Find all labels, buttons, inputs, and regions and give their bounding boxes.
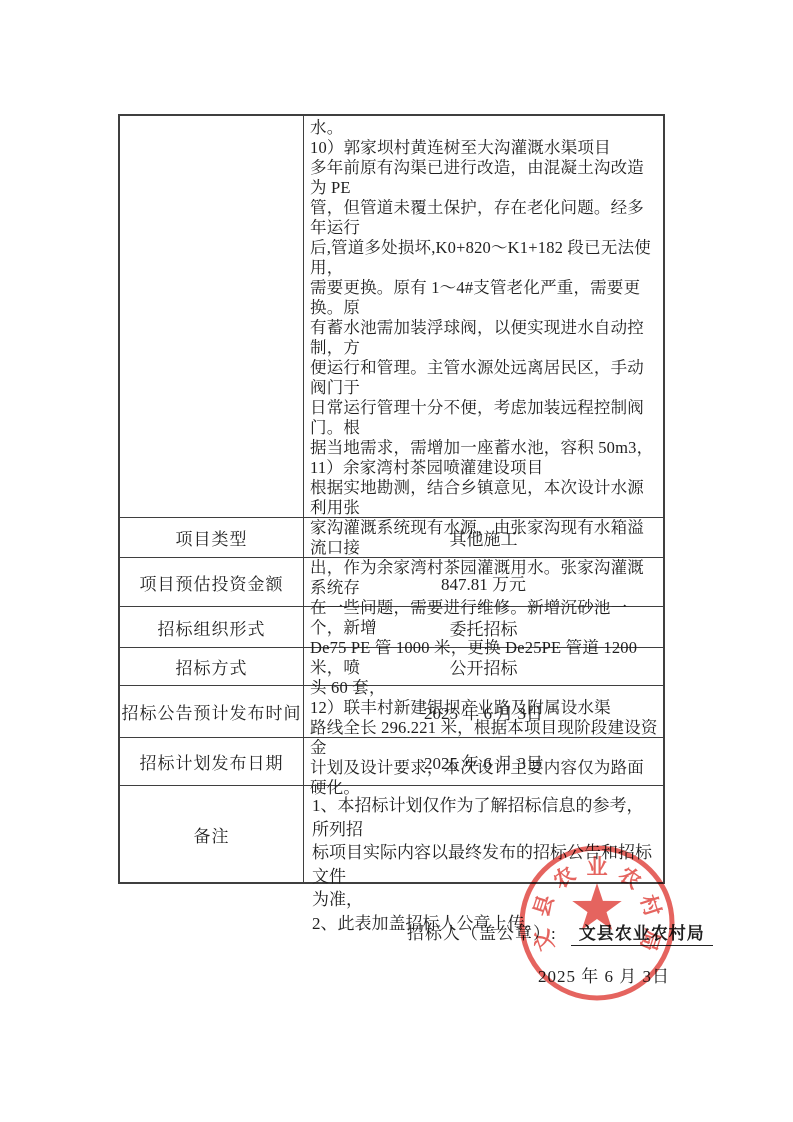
project-type-label: 项目类型 bbox=[120, 518, 304, 557]
project-description-text: 水。 10）郭家坝村黄连树至大沟灌溉水渠项目 多年前原有沟渠已进行改造，由混凝土… bbox=[304, 116, 663, 517]
remarks-label: 备注 bbox=[120, 786, 304, 882]
organization-form-value: 委托招标 bbox=[304, 607, 663, 647]
plan-publish-date-value: 2025 年 6 月 3日 bbox=[304, 738, 663, 785]
organization-form-label: 招标组织形式 bbox=[120, 607, 304, 647]
investment-label: 项目预估投资金额 bbox=[120, 558, 304, 606]
table-row-announcement-date: 招标公告预计发布时间 2025 年 6 月 3日 bbox=[120, 685, 663, 737]
tender-plan-table: 水。 10）郭家坝村黄连树至大沟灌溉水渠项目 多年前原有沟渠已进行改造，由混凝土… bbox=[118, 114, 665, 884]
table-row-description: 水。 10）郭家坝村黄连树至大沟灌溉水渠项目 多年前原有沟渠已进行改造，由混凝土… bbox=[120, 116, 663, 517]
project-type-value: 其他施工 bbox=[304, 518, 663, 557]
tender-method-label: 招标方式 bbox=[120, 648, 304, 685]
document-page: 水。 10）郭家坝村黄连树至大沟灌溉水渠项目 多年前原有沟渠已进行改造，由混凝土… bbox=[0, 0, 793, 1122]
investment-value: 847.81 万元 bbox=[304, 558, 663, 606]
table-row-plan-publish-date: 招标计划发布日期 2025 年 6 月 3日 bbox=[120, 737, 663, 785]
empty-label-cell bbox=[120, 116, 304, 517]
footer-date: 2025 年 6 月 3日 bbox=[538, 962, 670, 987]
plan-publish-date-label: 招标计划发布日期 bbox=[120, 738, 304, 785]
table-row-investment: 项目预估投资金额 847.81 万元 bbox=[120, 557, 663, 606]
announcement-date-label: 招标公告预计发布时间 bbox=[120, 686, 304, 737]
table-row-organization-form: 招标组织形式 委托招标 bbox=[120, 606, 663, 647]
table-row-tender-method: 招标方式 公开招标 bbox=[120, 647, 663, 685]
announcement-date-value: 2025 年 6 月 3日 bbox=[304, 686, 663, 737]
remarks-value: 1、本招标计划仅作为了解招标信息的参考，所列招 标项目实际内容以最终发布的招标公… bbox=[304, 786, 663, 882]
signer-line: 招标人（盖公章）: 文县农业农村局 bbox=[407, 919, 713, 946]
signer-name: 文县农业农村局 bbox=[571, 919, 713, 946]
tender-method-value: 公开招标 bbox=[304, 648, 663, 685]
table-row-remarks: 备注 1、本招标计划仅作为了解招标信息的参考，所列招 标项目实际内容以最终发布的… bbox=[120, 785, 663, 882]
signer-label: 招标人（盖公章）: bbox=[407, 919, 557, 944]
table-row-project-type: 项目类型 其他施工 bbox=[120, 517, 663, 557]
